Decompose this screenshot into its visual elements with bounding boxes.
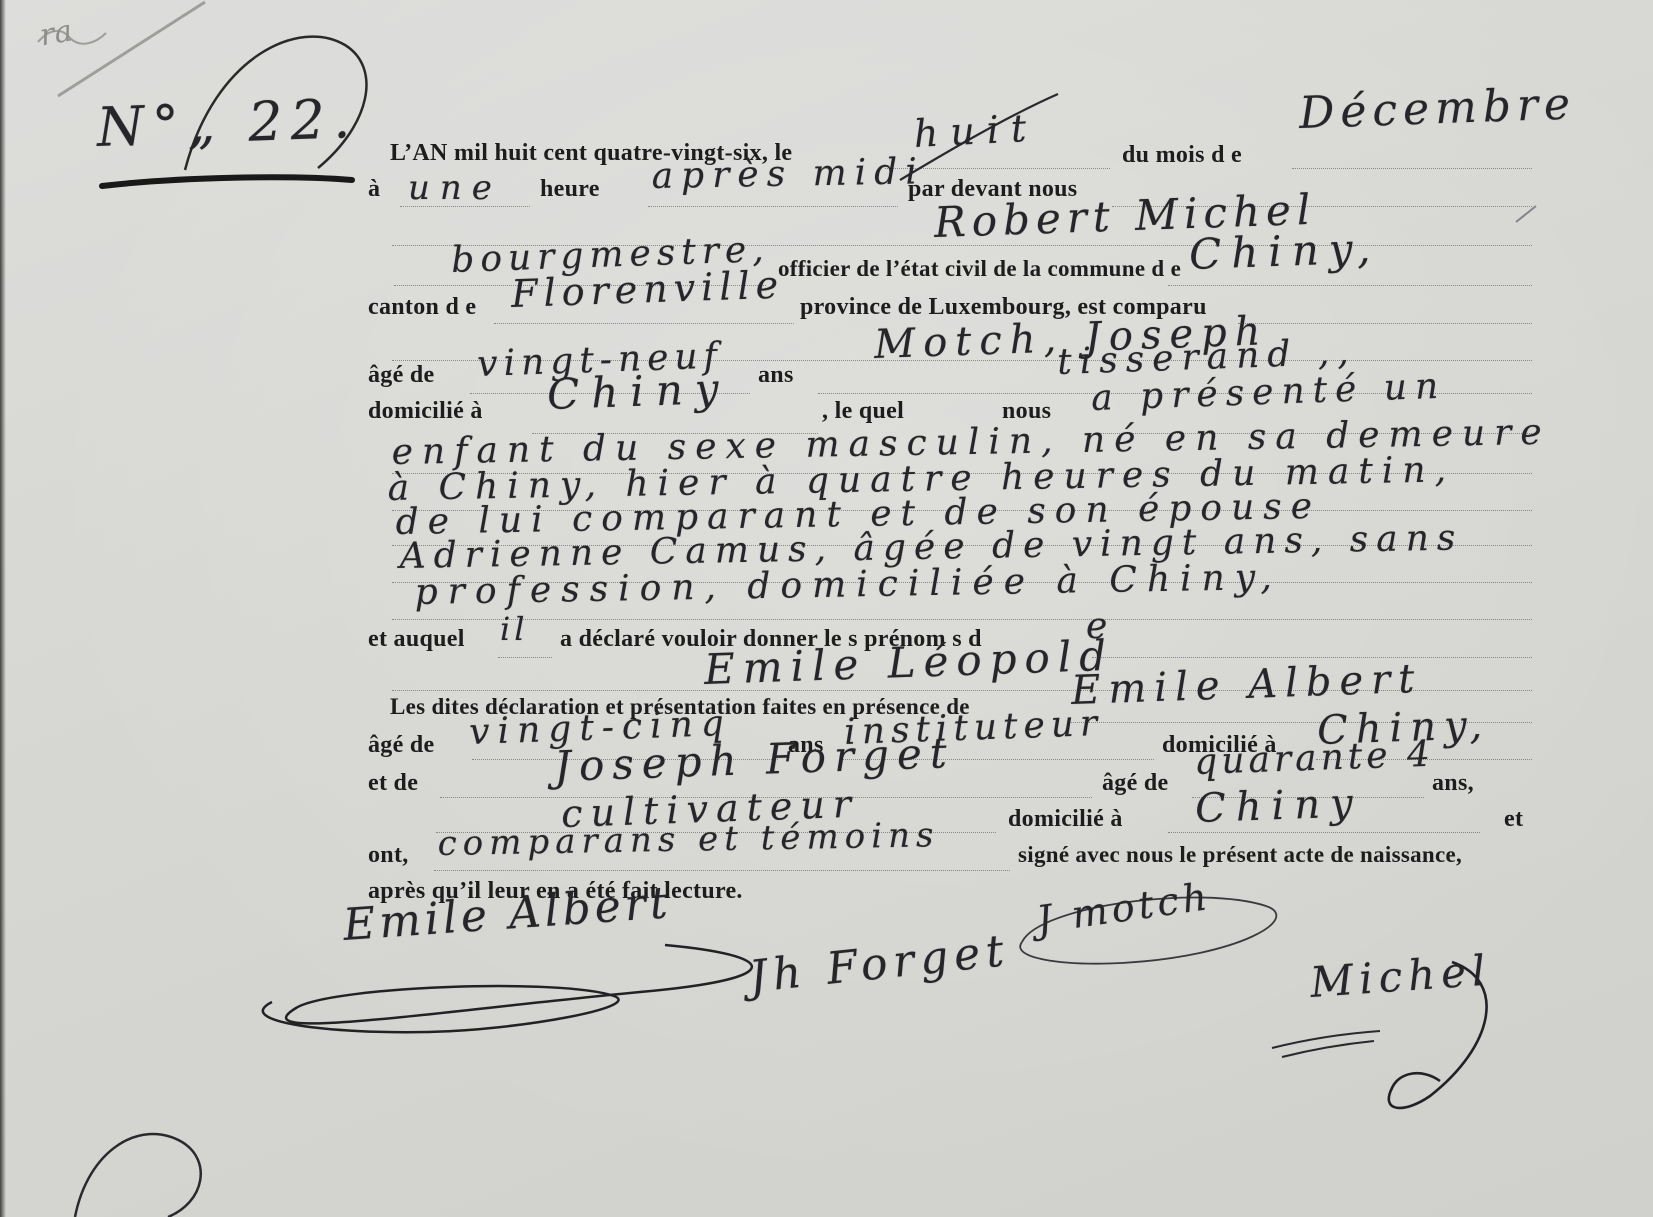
- signature-witness2: Jh Forget: [747, 925, 1012, 1003]
- handwritten-witness2-age: quarante 4: [1194, 734, 1435, 783]
- handwritten-hour: une: [408, 168, 502, 208]
- ruled-dotted-line: [498, 655, 552, 658]
- signature-officer: Michel: [1309, 945, 1493, 1007]
- printed-line14-a: et auquel: [368, 626, 465, 653]
- printed-line5-a: canton d e: [368, 294, 476, 321]
- pencil-stroke: [58, 2, 205, 96]
- printed-line18-c: ans,: [1432, 770, 1474, 797]
- scan-edge-shadow: [0, 0, 6, 1217]
- printed-line7-a: âgé de: [368, 362, 434, 389]
- printed-line19-a: domicilié à: [1008, 806, 1123, 833]
- birth-record-page: ra N°„ 22. L’AN mil huit cent quatre-vin…: [0, 0, 1653, 1217]
- handwritten-day: huit: [913, 106, 1040, 156]
- ruled-dotted-line: [1238, 321, 1532, 324]
- stray-mark: [1516, 206, 1536, 222]
- ruled-dotted-line: [1292, 166, 1532, 169]
- printed-line1-b: du mois d e: [1122, 142, 1242, 169]
- printed-line20-a: ont,: [368, 842, 409, 869]
- printed-line4-a: officier de l’état civil de la commune d…: [778, 256, 1181, 282]
- printed-line17-a: âgé de: [368, 732, 434, 759]
- pencil-note: ra: [37, 13, 75, 53]
- printed-line19-b: et: [1504, 806, 1523, 833]
- printed-line18-b: âgé de: [1102, 770, 1168, 797]
- ruled-dotted-line: [1092, 655, 1532, 658]
- printed-line7-b: ans: [758, 362, 794, 389]
- signature-underline-michel: [1272, 1031, 1380, 1048]
- signature-declarant: J motch: [1034, 874, 1214, 942]
- signature-underline-michel: [1282, 1041, 1374, 1057]
- ruled-dotted-line: [1168, 283, 1532, 286]
- act-number: N°„ 22.: [96, 87, 359, 159]
- signature-flourish-albert: [263, 945, 752, 1032]
- handwritten-commune: Chiny,: [1188, 223, 1381, 279]
- ruled-dotted-line: [648, 204, 898, 207]
- handwritten-canton: Florenville: [510, 263, 784, 316]
- ruled-dotted-line: [434, 868, 1010, 871]
- printed-line8-a: domicilié à: [368, 398, 483, 425]
- act-number-underline: [102, 177, 352, 186]
- ruled-dotted-line: [392, 617, 1532, 620]
- next-entry-loop: [75, 1134, 201, 1217]
- printed-line2-b: heure: [540, 176, 600, 203]
- handwritten-il: il: [500, 610, 528, 648]
- printed-line18-a: et de: [368, 770, 418, 797]
- printed-line2-a: à: [368, 176, 380, 203]
- handwritten-period: après midi: [651, 151, 925, 197]
- handwritten-month: Décembre: [1298, 78, 1577, 139]
- printed-line8-b: , le quel: [822, 398, 904, 425]
- printed-line20-b: signé avec nous le présent acte de naiss…: [1018, 842, 1462, 868]
- handwritten-roles: comparans et témoins: [437, 815, 939, 864]
- ruled-dotted-line: [494, 321, 794, 324]
- handwritten-witness2-domicile: Chiny: [1194, 780, 1363, 832]
- handwritten-declarant-domicile: Chiny: [546, 364, 731, 419]
